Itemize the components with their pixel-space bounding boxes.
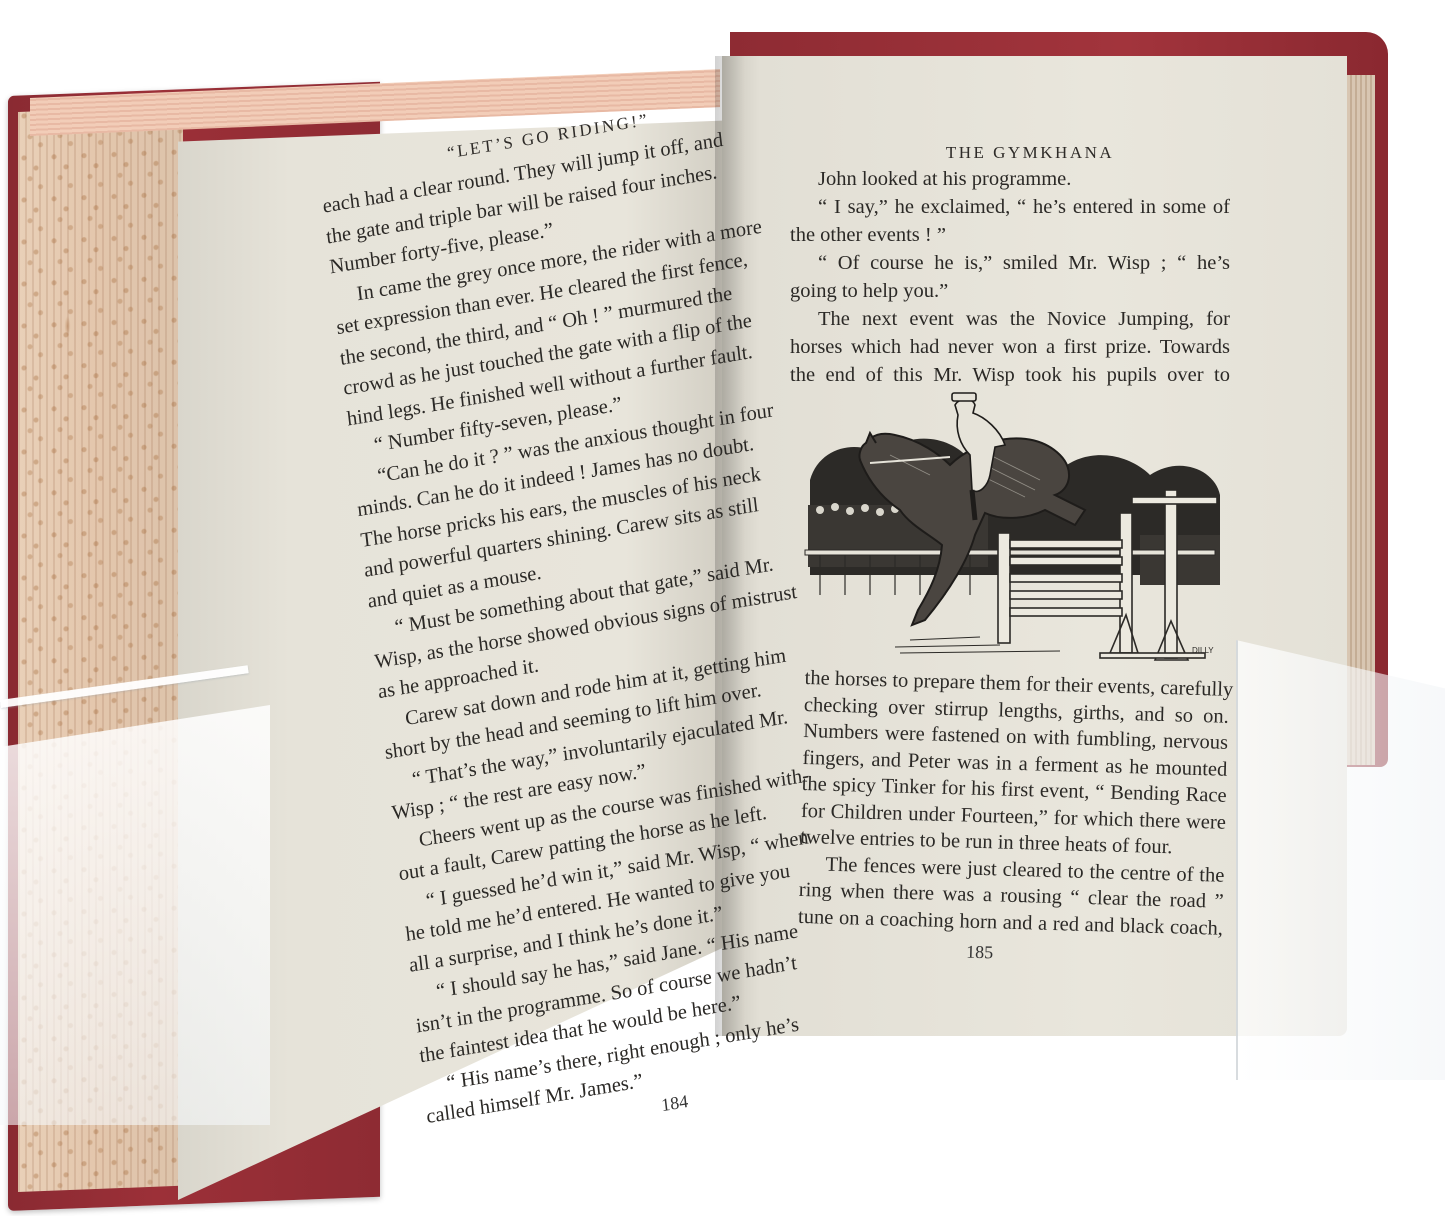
- acrylic-stand-right-arm: [1236, 640, 1445, 1080]
- page-block-edge-right: [1345, 75, 1375, 765]
- horse-jumping-illustration: DILLY: [800, 385, 1230, 675]
- illustrator-signature: DILLY: [1192, 646, 1214, 655]
- text-line: the other events ! ”: [790, 225, 1230, 253]
- text-line: going to help you.”: [790, 281, 1230, 309]
- acrylic-stand-left-arm: [0, 705, 270, 1125]
- book-photo: “LET’S GO RIDING!” each had a clear roun…: [0, 0, 1445, 1216]
- text-line: The next event was the Novice Jumping, f…: [790, 309, 1230, 337]
- text-line: “ I say,” he exclaimed, “ he’s entered i…: [790, 197, 1230, 225]
- text-line: horses which had never won a first prize…: [790, 337, 1230, 365]
- right-page-text-bottom: the horses to prepare them for their eve…: [797, 668, 1230, 970]
- running-head-right: THE GYMKHANA: [830, 143, 1230, 163]
- right-page-text-top: THE GYMKHANA John looked at his programm…: [790, 143, 1230, 393]
- text-line: “ Of course he is,” smiled Mr. Wisp ; “ …: [790, 253, 1230, 281]
- text-line: John looked at his programme.: [790, 169, 1230, 197]
